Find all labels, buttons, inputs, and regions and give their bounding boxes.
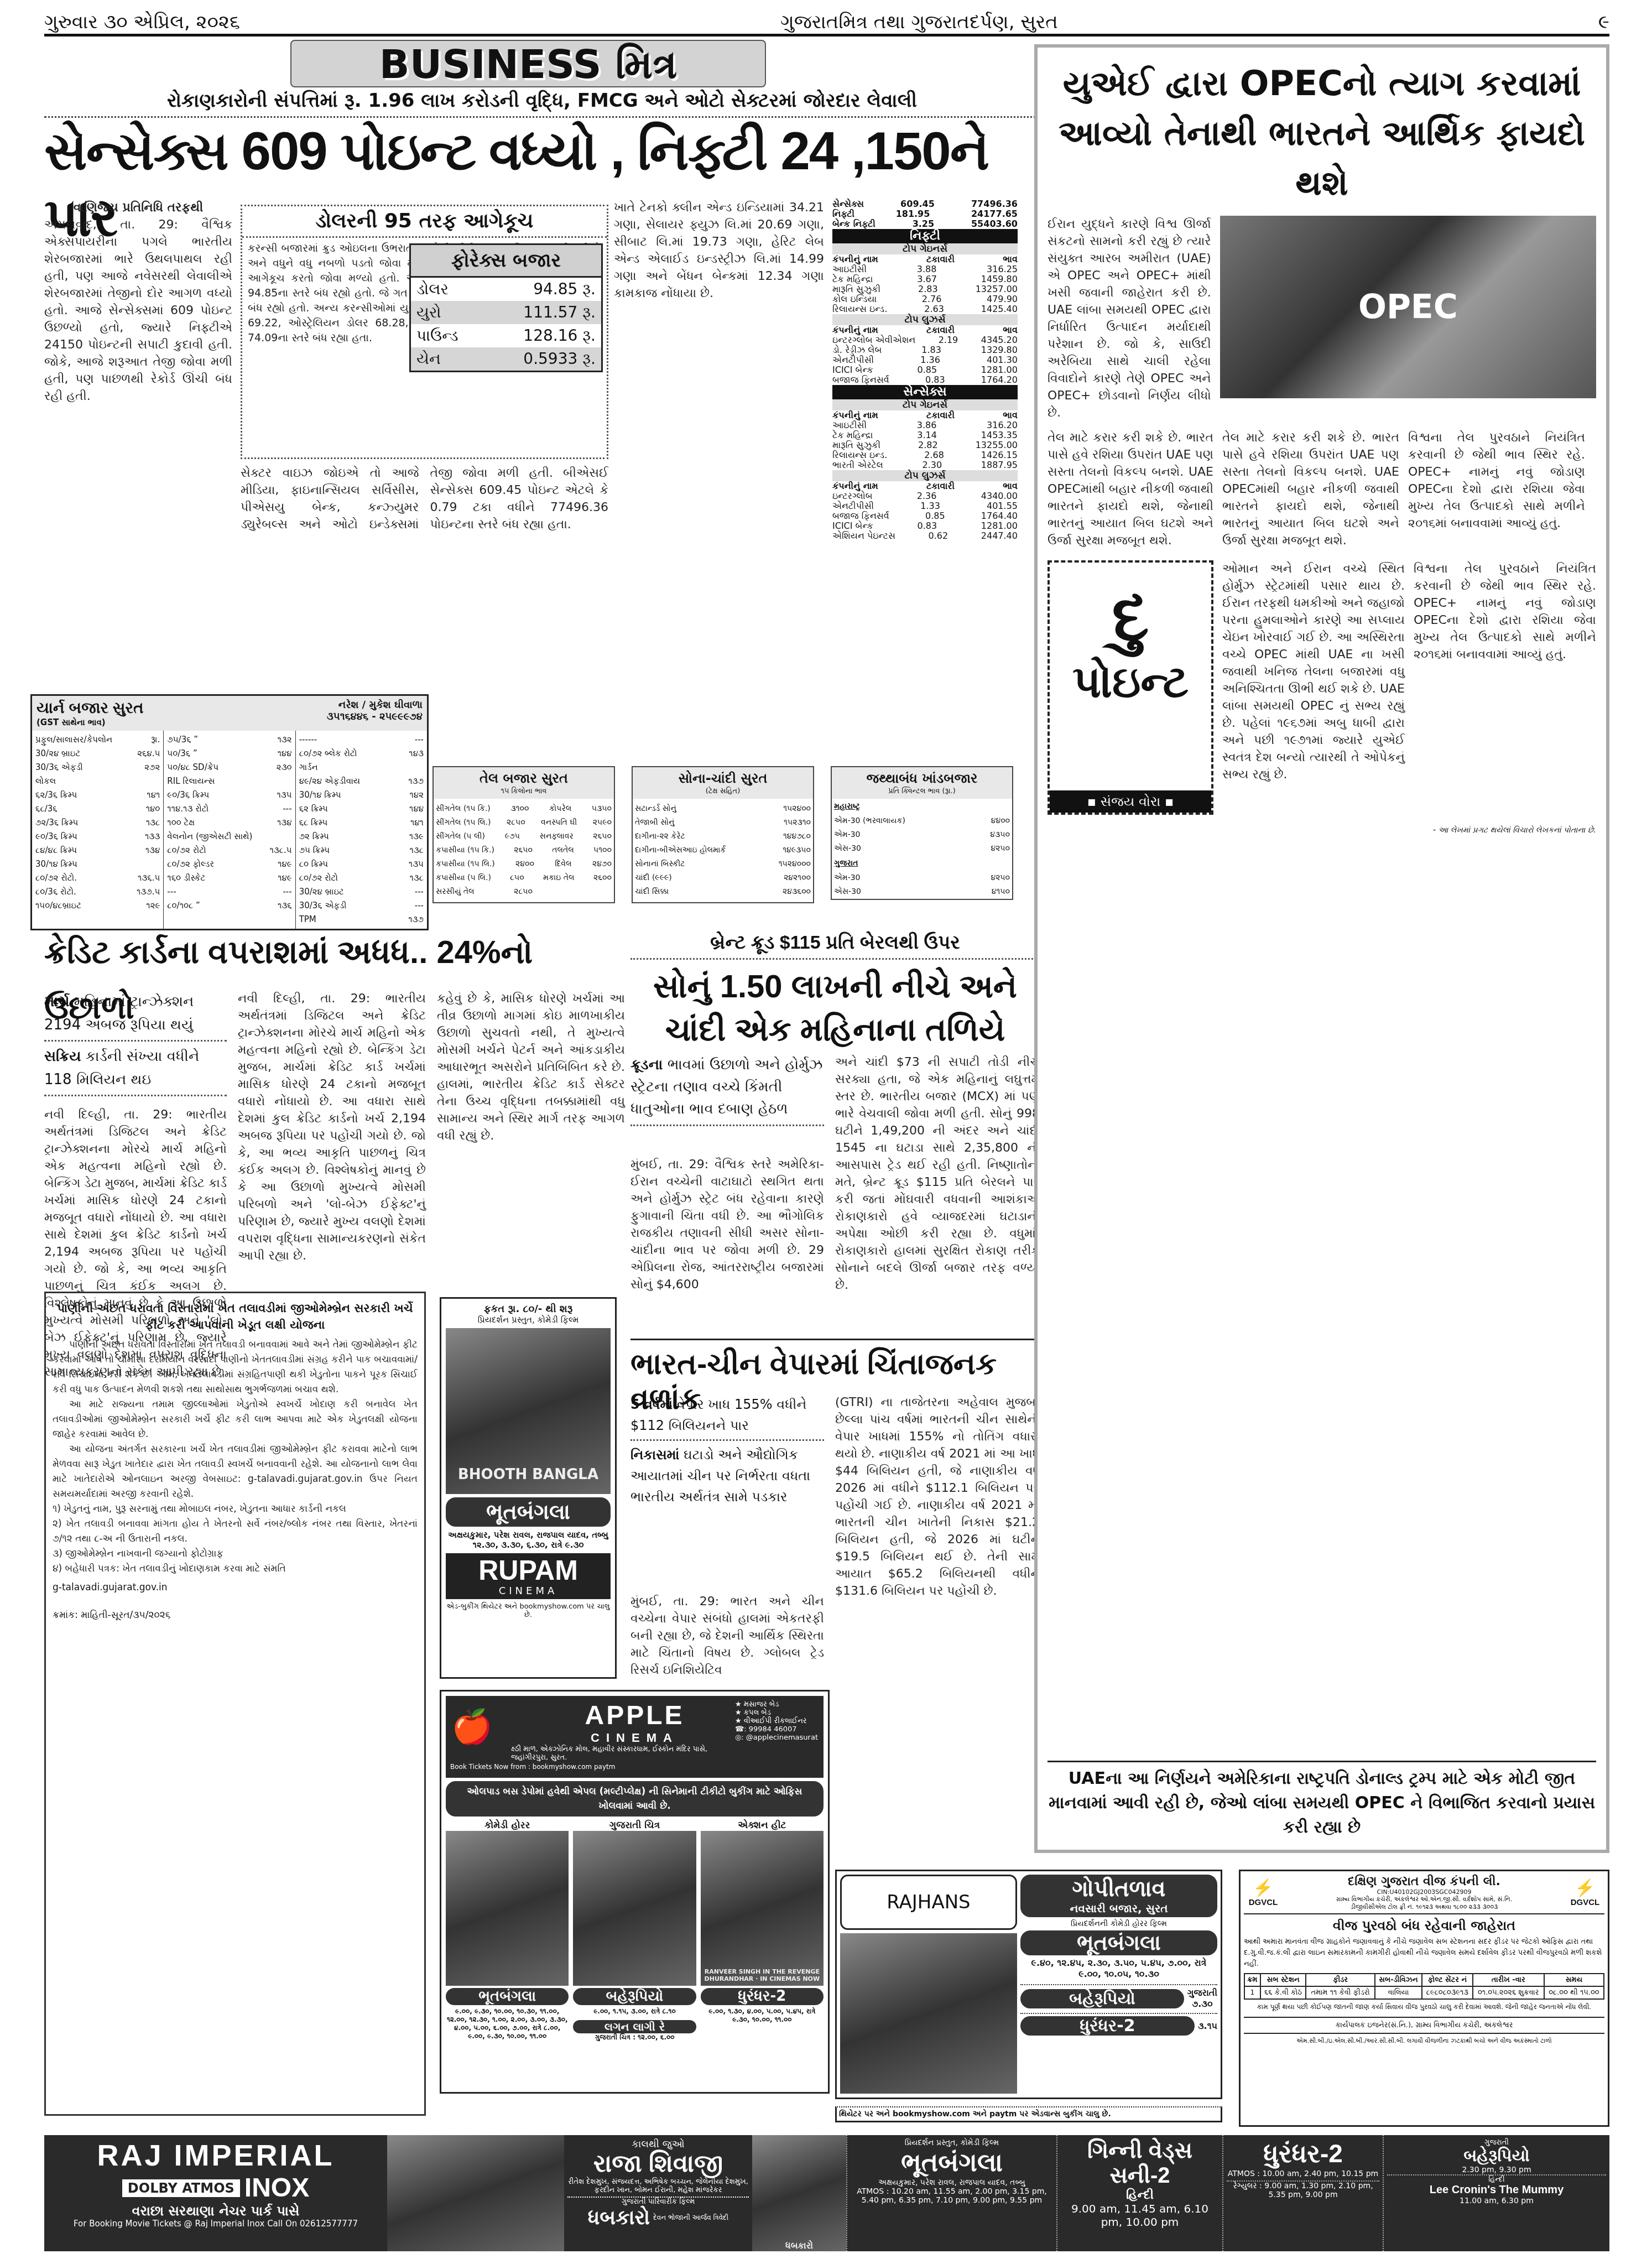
table-row: ૮૦/૭૨ રોટો૧૩૮.૫ xyxy=(167,844,291,857)
table-row: RIL રિલાયન્સ xyxy=(167,774,291,788)
forex-row: પાઉન્ડ128.16 રૂ. xyxy=(411,324,601,347)
forex-row: યેન0.5933 રૂ. xyxy=(411,347,601,371)
rajhans-cinema-ad: RAJHANS ગોપીતળાવનવસારી બજાર, સુરત પ્રિયદ… xyxy=(835,1870,1222,2099)
movie-poster xyxy=(446,1831,569,1986)
table-row: સીંગતેલ (૧૫ લિ.)૨૮૫૦વનસ્પતિ ઘી૨૫૯૦ xyxy=(434,816,614,830)
table-row: તેજાબી સોનું૧૫૨૩૧૦ xyxy=(633,816,813,830)
stock-row: કોલ ઇન્ડિયા2.76479.90 xyxy=(832,294,1018,304)
table-row: ૮૦/૭૨ બ્લેક રોટો૧૪૩ xyxy=(299,747,424,761)
stock-row: ઇન્ટરગ્લોબ2.364340.00 xyxy=(832,491,1018,501)
signal-icon: દુ xyxy=(1050,579,1211,657)
stock-row: રિલાયન્સ ઇન્ડ.2.681426.15 xyxy=(832,450,1018,460)
credit-body-3: કહેવું છે કે, માસિક ધોરણે ખર્ચમાં આ તીવ્… xyxy=(437,990,625,1144)
table-row: ૬૮ ક્રિમ્પ૧૪૧ xyxy=(299,816,424,830)
sensex-section-title: સેન્સેક્સ xyxy=(832,385,1018,399)
bullion-table: સોના-ચાંદી સુરત(ટેક્ષ સહિત) સટાન્ડર્ડ સો… xyxy=(632,766,814,903)
page-header: ગુરુવાર ૩૦ એપ્રિલ, ૨૦૨૬ ગુજરાતમિત્ર તથા … xyxy=(44,10,1609,37)
opec-article: યુએઈ દ્વારા OPECનો ત્યાગ કરવામાં આવ્યો ત… xyxy=(1034,44,1609,1853)
gold-body: મુંબઈ, તા. 29: વૈશ્વિક સ્તરે અમેરિકા-ઈરા… xyxy=(630,1156,824,1293)
table-row: ૮૪/૪૮ ક્રિમ્પ૧૩૪ xyxy=(35,844,160,857)
byline: વાણિજ્ય પ્રતિનિધિ તરફથી xyxy=(44,199,232,216)
movie-poster: ધબકારો xyxy=(752,2135,846,2251)
table-row: ૪૯/૨૪ એફડીવાય૧૩૭ xyxy=(299,774,424,788)
apple-cinema-ad: 🍎 APPLE CINEMA ક્ષ્ઠી માળ, એક્ઝોનિક મોલ,… xyxy=(440,1690,830,2094)
table-row: ૭૫/3૬ ”૧૩૨ xyxy=(167,733,291,747)
rupam-cinema-ad: ફકત રૂા. ૮૦/- થી શરૂ પ્રિયદર્શન પ્રસ્તુત… xyxy=(440,1297,617,1679)
stock-row: એનટીપીસી1.36401.30 xyxy=(832,355,1018,365)
table-row: ૯૦/3૬ ક્રિમ્પ૧૩૩ xyxy=(35,830,160,844)
table-row: લોકલ xyxy=(35,774,160,788)
table-row: ૭૨/3૬ ક્રિમ્પ૧૩૮ xyxy=(35,816,160,830)
opec-pullquote: UAEના આ નિર્ણયને અમેરિકાના રાષ્ટ્રપતિ ડો… xyxy=(1048,1761,1596,1840)
forex-headline: ડોલરની 95 તરફ આગેકૂચ xyxy=(242,206,607,238)
table-row: ચાંદી સિક્કા૨૪૩૬૦૦ xyxy=(633,885,813,899)
table-row: પ્રફુલ/સાલાસર/કેપલોનરૂા. xyxy=(35,733,160,747)
movie-poster xyxy=(387,2135,564,2251)
date: ગુરુવાર ૩૦ એપ્રિલ, ૨૦૨૬ xyxy=(44,11,240,33)
table-row: એસ-30૪૧૫૦ xyxy=(832,885,1012,899)
china-body-2: (GTRI) ના તાજેતરના અહેવાલ મુજબ, છેલ્લા પ… xyxy=(835,1394,1040,1600)
table-row: ૧૦૦ ટેક્ષ૧૩૪ xyxy=(167,816,291,830)
opec-photo: OPEC xyxy=(1220,216,1596,398)
movie-poster xyxy=(573,1831,696,1986)
film-slot: કોમેડી હોરરભૂતબંગલા૯.૦૦, ૯.૩૦, ૧૦.૦૦, ૧૦… xyxy=(446,1820,569,2042)
table-row: 30/૨૪ બ્રાઇટ--- xyxy=(299,885,424,899)
table-row: એમ-30૪૩૫૦ xyxy=(832,828,1012,842)
rajhans-logo: RAJHANS xyxy=(840,1875,1017,1930)
forex-row: ડોલર94.85 રૂ. xyxy=(411,278,601,301)
lead-body-col2: સેક્ટર વાઇઝ જોઇએ તો આજે મીડિયા, ફાઇનાન્સ… xyxy=(241,465,608,533)
table-row: 30/૧૪ ક્રિમ્પ xyxy=(35,857,160,871)
table-row: સીંગતેલ (૫ લી)૯૭૫સનફ્લાવર૨૬૫૦ xyxy=(434,830,614,844)
table-row: સટાન્ડર્ડ સોનું૧૫૨૪૦૦ xyxy=(633,802,813,816)
nifty-section-title: નિફ્ટી xyxy=(832,229,1018,243)
table-row: સોનાનાં બિસ્કીટ૧૫૨૪૦૦૦ xyxy=(633,857,813,871)
table-row: કપાસીયા (૧૫ કિ.)૨૬૫૦તલતેલ૫૧૦૦ xyxy=(434,844,614,857)
gold-highlight: ક્રૂડના ભાવમાં ઉછાળો અને હોર્મુઝ સ્ટ્રેટ… xyxy=(630,1054,824,1126)
credit-body-2: નવી દિલ્હી, તા. 29: ભારતીય અર્થતંત્રમાં … xyxy=(238,990,426,1264)
table-row: ગાર્ડન xyxy=(299,761,424,774)
film-slot: ગુજરાતી ચિત્રબહેરૂપિયો૯.૦૦, ૧.૧૫, ૩.૦૦, … xyxy=(573,1820,696,2042)
table-row: ૧૫૦/૪૮બ્રાઇટ૧૨૯ xyxy=(35,899,160,913)
stock-row: મારૂતિ સુઝુકી2.8313257.00 xyxy=(832,284,1018,294)
table-row: કપાસીયા (૧૫ લિ.)૨૪૦૦દિવેલ૨૪૭૦ xyxy=(434,857,614,871)
stock-row: આઇટીસી3.86316.20 xyxy=(832,420,1018,430)
table-row: ૮૦/૧૦૮ ”૧૩૬ xyxy=(167,899,291,913)
credit-highlights: માર્ચ મહિનામાં ટ્રાન્ઝેક્શન 2194 અબજ રૂપ… xyxy=(44,990,227,1096)
dgvcl-notice: ⚡DGVCL દક્ષિણ ગુજરાત વીજ કંપની લી.CIN:U4… xyxy=(1239,1870,1609,2127)
inox-logo: INOX xyxy=(244,2173,309,2203)
stock-row: એશિયન પેઇન્ટસ0.622447.40 xyxy=(832,531,1018,541)
gold-body-2: અને ચાંદી $73 ની સપાટી તોડી નીચે સરક્યા … xyxy=(835,1054,1040,1294)
table-row: દાગીના-૨૨ કેરેટ૧૪૪૭૮૦ xyxy=(633,830,813,844)
table-row: ૧૬૦ ડીસ્કેટ૧૪૯ xyxy=(167,871,291,885)
table-row: એમ-30 (ભરવાલાયક)૪૪૦૦ xyxy=(832,814,1012,828)
table-row: ૮૦/3૬ રોટો.૧૩૭.૫ xyxy=(35,885,160,899)
oil-market-table: તેલ બજાર સુરત૧૫ કિલોના ભાવ સીંગતેલ (૧૫ ક… xyxy=(432,766,615,903)
table-row: કપાસીયા (૫ લિ.)૮૫૦મકાઇ તેલ૨૬૦૦ xyxy=(434,871,614,885)
table-row: ૬૮/3૬૧૪૦ xyxy=(35,802,160,816)
index-row: નિફ્ટી181.9524177.65 xyxy=(832,209,1018,219)
raj-imperial-logo: RAJ IMPERIAL xyxy=(48,2138,384,2173)
china-highlights: 5 વર્ષમાં વેપાર ખાધ 155% વધીને $112 બિલિ… xyxy=(630,1394,824,1507)
stock-row: ટેક મહિન્દ્રા3.141453.35 xyxy=(832,430,1018,440)
table-row: એસ-30૪૨૫૦ xyxy=(832,842,1012,856)
forex-table-title: ફોરેક્સ બજાર xyxy=(411,245,601,278)
index-row: બેન્ક નિફ્ટી3.2555403.60 xyxy=(832,219,1018,229)
gold-kicker: બ્રેન્ટ ક્રૂડ $115 પ્રતિ બેરલથી ઉપર xyxy=(630,932,1040,960)
stock-row: એનટીપીસી1.33401.55 xyxy=(832,501,1018,511)
table-row: દાગીના-બીએસઆઇ હોલમાર્ક૧૪૯૩૫૦ xyxy=(633,844,813,857)
table-row: ------ xyxy=(167,885,291,899)
table-row: ૭૫ ક્રિમ્પ૧૩૮ xyxy=(299,844,424,857)
table-row: ચાંદી (૯૯૯)૨૪૨૧૦૦ xyxy=(633,871,813,885)
raj-imperial-ad: RAJ IMPERIAL DOLBY ATMOSINOX વરાછા સરથાણ… xyxy=(44,2135,1609,2251)
movie-poster: RANVEER SINGH IN THE REVENGE DHURANDHAR … xyxy=(701,1831,824,1986)
website-link[interactable]: g-talavadi.gujarat.gov.in xyxy=(53,1582,418,1593)
stock-row: ICICI બેન્ક0.851281.00 xyxy=(832,365,1018,375)
table-row: --------- xyxy=(299,733,424,747)
table-row: ૮૦/૭૨ ફોલ્ડર૧૪૯ xyxy=(167,857,291,871)
apple-reel-icon: 🍎 xyxy=(451,1707,493,1746)
sugar-table: જથ્થાબંધ ખાંડબજારપ્રતિ ક્વિન્ટલ ભાવ (રૂા… xyxy=(831,766,1013,900)
table-row: 1૬૬ કે.વી કોઠતમામ ૧૧ કેવી ફીડરોવાલિયા૮૯૮… xyxy=(1244,1986,1604,1999)
table-row: ૫૦/3૬ ”૧૪૪ xyxy=(167,747,291,761)
page-number: ૯ xyxy=(1598,11,1609,33)
table-row: 30/૨૪ બ્રાઇટ૨૬૪.૫ xyxy=(35,747,160,761)
china-body: મુંબઈ, તા. 29: ભારત અને ચીન વચ્ચેના વેપા… xyxy=(630,1593,824,1679)
govt-notice: પાણીની અછત ધરાવતા વિસ્તારોમાં ખેત તલાવડી… xyxy=(44,1292,426,2116)
stock-row: આઇટીસી3.88316.25 xyxy=(832,264,1018,274)
column-logo: દુ પોઇન્ટ ▪ સંજય વોરા ▪ xyxy=(1048,560,1213,815)
lead-text: અમદાવાદ, તા. 29: વૈશ્વિક એક્સપાયરીના પગલ… xyxy=(44,216,232,405)
column-author: ▪ સંજય વોરા ▪ xyxy=(1050,790,1211,813)
stock-row: ભારતી એરટેલ2.301887.95 xyxy=(832,460,1018,470)
movie-poster xyxy=(840,1933,1017,2094)
stock-row: મારૂતિ સુઝુકી2.8213255.00 xyxy=(832,440,1018,450)
market-table: સેન્સેક્સ609.4577496.36 નિફ્ટી181.952417… xyxy=(832,199,1018,541)
table-row: ૬૨ ક્રિમ્પ૧૪૪ xyxy=(299,802,424,816)
index-row: સેન્સેક્સ609.4577496.36 xyxy=(832,199,1018,209)
table-row: સરસીયું તેલ૨૮૫૦ xyxy=(434,885,614,899)
dolby-atmos-badge: DOLBY ATMOS xyxy=(122,2179,240,2197)
publication: ગુજરાતમિત્ર તથા ગુજરાતદર્પણ, સુરત xyxy=(780,11,1058,33)
yarn-market-table: યાર્ન બજાર સુરત(GST સાથેના ભાવ) નરેશ / મ… xyxy=(30,694,429,930)
stock-row: બજાજ ફિનસર્વ0.851764.40 xyxy=(832,511,1018,521)
table-row: 30/૧૪ ક્રિમ્પ૧૪૨ xyxy=(299,788,424,802)
dgvcl-logo-icon: ⚡DGVCL xyxy=(1244,1878,1283,1907)
stock-row: ICICI બેન્ક0.831281.00 xyxy=(832,521,1018,531)
table-row: ૬૨/3૬ ક્રિમ્પ૧૪૧ xyxy=(35,788,160,802)
stock-row: ટેક મહિન્દ્રા3.671459.80 xyxy=(832,274,1018,284)
table-row: ૮૦/૭૨ રોટો૧૩૮ xyxy=(299,871,424,885)
table-row: ૮૦ ક્રિમ્પ૧૩૫ xyxy=(299,857,424,871)
stock-row: રિલાયન્સ ઇન્ડ.2.631425.40 xyxy=(832,304,1018,314)
table-row: સીંગતેલ (૧૫ કિ.)૩૧૦૦કોપરેલ૫૩૫૦ xyxy=(434,802,614,816)
stock-row: બજાજ ફિનસર્વ0.831764.20 xyxy=(832,375,1018,385)
stock-row: ડો. રેડ્ડીઝ લેબ1.831329.80 xyxy=(832,345,1018,355)
outage-table: ક્રમસબ સ્ટેશનફીડરસબ-ડીવિઝનફોલ્ટ સેંટર નં… xyxy=(1244,1973,1604,2000)
section-title: BUSINESS મિત્ર xyxy=(290,40,766,87)
table-row: ૭૨ ક્રિમ્પ૧૩૯ xyxy=(299,830,424,844)
gold-headline: સોનું 1.50 લાખની નીચે અને ચાંદી એક મહિના… xyxy=(630,965,1040,1052)
table-row: ૮૦/૭૨ રોટો.૧૩૬.૫ xyxy=(35,871,160,885)
forex-table: ફોરેક્સ બજાર ડોલર94.85 રૂ. યુરો111.57 રૂ… xyxy=(409,243,603,372)
table-row: 30/3૬ એફડી૨૭૨ xyxy=(35,761,160,774)
lead-body-col1: વાણિજ્ય પ્રતિનિધિ તરફથી અમદાવાદ, તા. 29:… xyxy=(44,199,232,405)
dgvcl-logo-icon: ⚡DGVCL xyxy=(1566,1878,1604,1907)
table-row: વેલનોન (જીએસટી સાથે) xyxy=(167,830,291,844)
forex-row: યુરો111.57 રૂ. xyxy=(411,301,601,324)
stock-row: ઇન્ટરગ્લોબ એવીએશન2.194345.20 xyxy=(832,335,1018,345)
table-row: ૧૧૪.૧૩ રોટો--- xyxy=(167,802,291,816)
table-row: 30/3૬ એફડી--- xyxy=(299,899,424,913)
table-row: ૯૦/3૬ ક્રિમ્પ૧૩૫ xyxy=(167,788,291,802)
rajhans-booking: થિયેટર પર અને bookmyshow.com અને paytm પ… xyxy=(835,2106,1222,2122)
lead-kicker: રોકાણકારોની સંપત્તિમાં રૂ. 1.96 લાખ કરોડ… xyxy=(44,90,1040,118)
opec-headline: યુએઈ દ્વારા OPECનો ત્યાગ કરવામાં આવ્યો ત… xyxy=(1038,48,1606,208)
film-slot: એક્શન હીટRANVEER SINGH IN THE REVENGE DH… xyxy=(701,1820,824,2042)
table-row: ૫૦/૪૮ SD/ક્રેપ૨૩૦ xyxy=(167,761,291,774)
table-row: એમ-30૪૨૫૦ xyxy=(832,871,1012,885)
lead-body-col3: ખાતે ટેનકો ક્લીન એન્ડ ઇન્ડિયામાં 34.21 ગ… xyxy=(614,199,824,302)
movie-poster: BHOOTH BANGLA xyxy=(446,1328,611,1494)
